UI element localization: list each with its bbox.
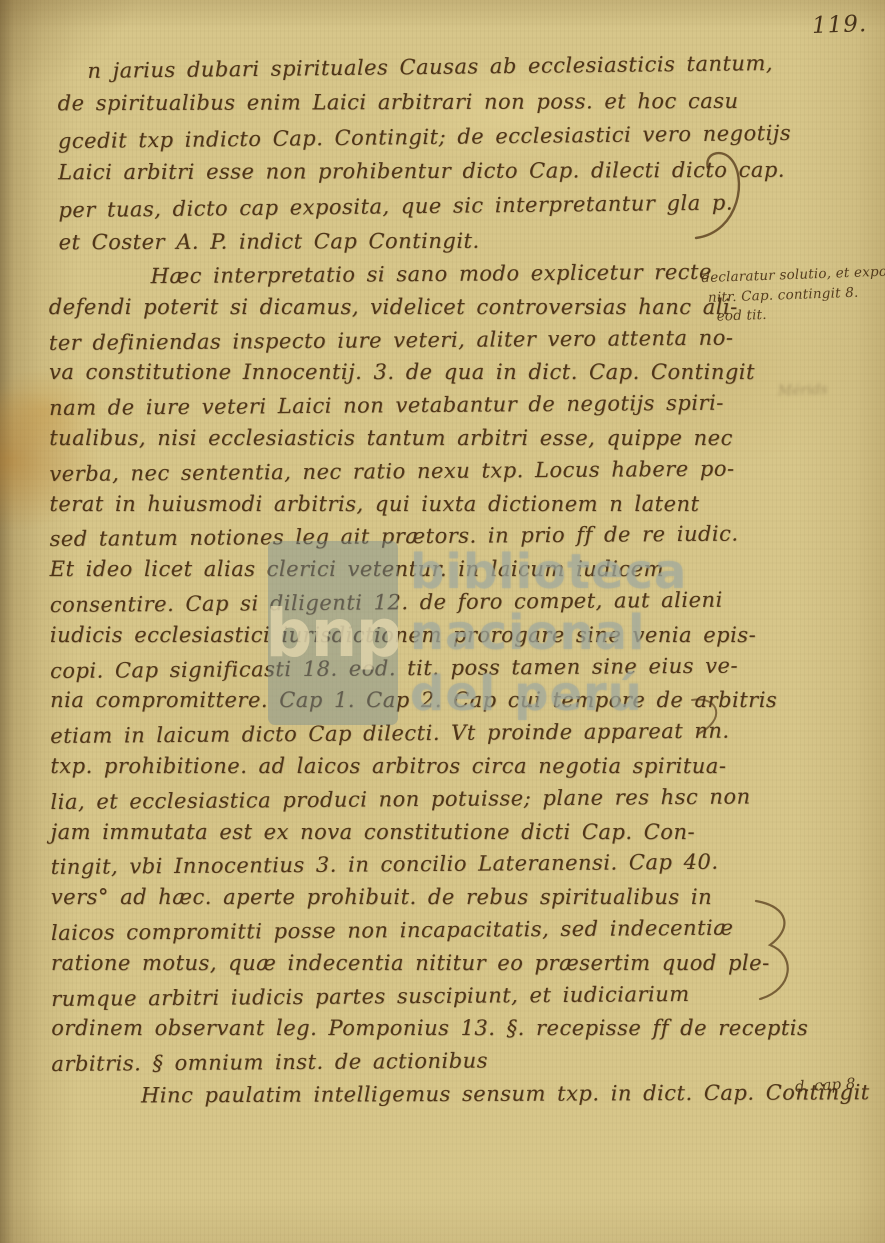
manuscript-line: terat in huiusmodi arbitris, qui iuxta d… (49, 488, 806, 521)
manuscript-paragraph-1: n jarius dubari spirituales Causas ab ec… (57, 47, 792, 261)
manuscript-line: ordinem observant leg. Pomponius 13. §. … (51, 1012, 808, 1045)
manuscript-line: jam immutata est ex nova constitutione d… (51, 816, 808, 849)
manuscript-line: arbitris. § omnium inst. de actionibus (51, 1042, 808, 1081)
manuscript-line: ter definiendas inspecto iure veteri, al… (49, 321, 806, 360)
manuscript-page-scan: 119. n jarius dubari spirituales Causas … (0, 0, 885, 1243)
margin-citation: d. cap 8 (795, 1074, 856, 1095)
manuscript-paragraph-2: Hæc interpretatio si sano modo explicetu… (49, 257, 809, 1080)
page-number: 119. (812, 11, 868, 39)
manuscript-line: nam de iure veteri Laici non vetabantur … (49, 386, 806, 425)
manuscript-line: ratione motus, quæ indecentia nititur eo… (51, 947, 808, 980)
manuscript-line: vers° ad hæc. aperte prohibuit. de rebus… (51, 881, 808, 914)
manuscript-line: gcedit txp indicto Cap. Contingit; de ec… (58, 115, 792, 158)
manuscript-line: iudicis ecclesiastici iurisdictionem pro… (50, 619, 807, 652)
manuscript-line: per tuas, dicto cap exposita, que sic in… (58, 185, 792, 228)
manuscript-line: rumque arbitri iudicis partes suscipiunt… (51, 977, 808, 1016)
manuscript-paragraph-3: Hinc paulatim intelligemus sensum txp. i… (55, 1078, 870, 1111)
manuscript-line: tingit, vbi Innocentius 3. in concilio L… (51, 845, 808, 884)
manuscript-line: tualibus, nisi ecclesiasticis tantum arb… (49, 422, 806, 455)
manuscript-line: va constitutione Innocentij. 3. de qua i… (49, 356, 806, 389)
manuscript-line: sed tantum notiones leg ait prætors. in … (49, 517, 806, 556)
ink-bleedthrough: Mérids (778, 381, 859, 410)
manuscript-line: n jarius dubari spirituales Causas ab ec… (57, 46, 791, 89)
manuscript-line: Et ideo licet alias clerici vetentur. in… (50, 553, 807, 586)
manuscript-line: lia, et ecclesiastica produci non potuis… (50, 780, 807, 819)
manuscript-line: defendi poterit si dicamus, videlicet co… (49, 291, 806, 324)
manuscript-line: de spiritualibus enim Laici arbitrari no… (58, 84, 791, 121)
manuscript-line: laicos compromitti posse non incapacitat… (51, 911, 808, 950)
manuscript-line: consentire. Cap si diligenti 12. de foro… (50, 583, 807, 622)
manuscript-line: verba, nec sententia, nec ratio nexu txp… (49, 452, 806, 491)
manuscript-line: txp. prohibitione. ad laicos arbitros ci… (50, 750, 807, 783)
manuscript-line: copi. Cap significasti 18. eod. tit. pos… (50, 649, 807, 688)
manuscript-line: et Coster A. P. indict Cap Contingit. (59, 223, 792, 260)
manuscript-line: Hinc paulatim intelligemus sensum txp. i… (55, 1076, 870, 1113)
manuscript-line: Hæc interpretatio si sano modo explicetu… (49, 255, 806, 294)
manuscript-line: nia compromittere. Cap 1. Cap 2. Cap cui… (50, 684, 807, 717)
manuscript-line: etiam in laicum dicto Cap dilecti. Vt pr… (50, 714, 807, 753)
margin-annotation: declaratur solutio, et expo- nitr. Cap. … (701, 263, 883, 328)
manuscript-line: Laici arbitri esse non prohibentur dicto… (58, 153, 791, 190)
